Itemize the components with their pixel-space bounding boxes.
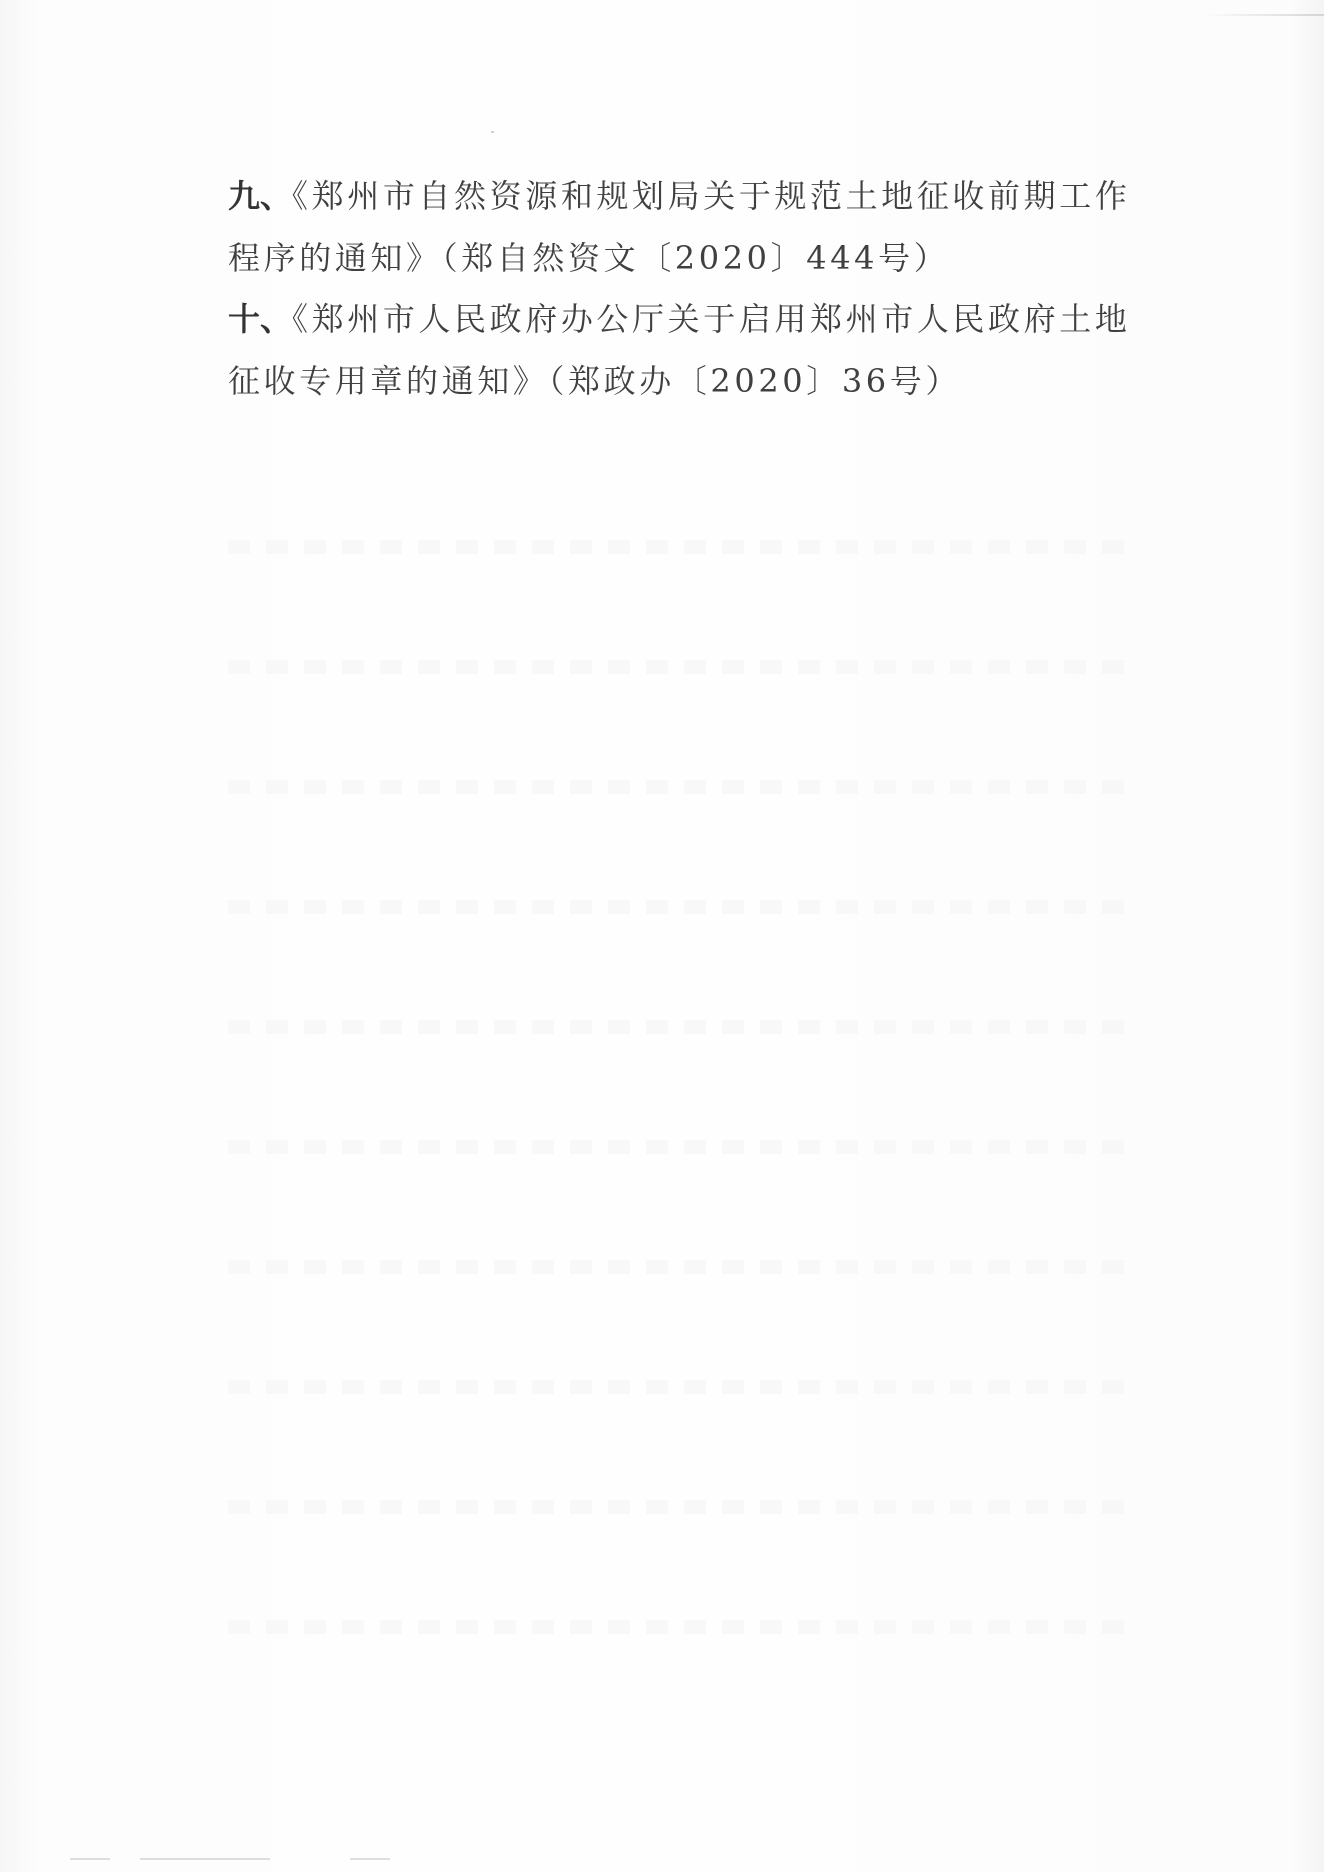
list-item-9-line-2: 程序的通知》（郑自然资文〔2020〕444号）: [228, 228, 1138, 290]
bleed-through: [228, 1020, 1138, 1034]
bleed-through: [228, 1260, 1138, 1274]
bleed-through: [228, 660, 1138, 674]
scan-mark: [350, 1858, 390, 1860]
scan-mark: [70, 1858, 110, 1860]
scan-mark: [210, 1858, 270, 1860]
bleed-through: [228, 1140, 1138, 1154]
scan-mark: [140, 1858, 210, 1860]
bleed-through: [228, 1620, 1138, 1634]
list-item-9-line-1: 九、《郑州市自然资源和规划局关于规范土地征收前期工作: [228, 166, 1138, 228]
bleed-through: [228, 540, 1138, 554]
scanned-page: 九、《郑州市自然资源和规划局关于规范土地征收前期工作 程序的通知》（郑自然资文〔…: [0, 0, 1324, 1872]
item-number: 十、: [228, 300, 292, 338]
item-text: 征收专用章的通知》（郑政办〔2020〕36号）: [228, 362, 961, 400]
item-text: 《郑州市人民政府办公厅关于启用郑州市人民政府土地: [292, 300, 1130, 338]
bleed-through: [228, 1380, 1138, 1394]
bleed-through: [228, 1500, 1138, 1514]
item-text: 《郑州市自然资源和规划局关于规范土地征收前期工作: [292, 177, 1130, 215]
document-body: 九、《郑州市自然资源和规划局关于规范土地征收前期工作 程序的通知》（郑自然资文〔…: [228, 166, 1138, 412]
list-item-10-line-1: 十、《郑州市人民政府办公厅关于启用郑州市人民政府土地: [228, 289, 1138, 351]
scan-edge: [1200, 14, 1324, 16]
bleed-through: [228, 780, 1138, 794]
item-text: 程序的通知》（郑自然资文〔2020〕444号）: [228, 239, 949, 277]
list-item-10-line-2: 征收专用章的通知》（郑政办〔2020〕36号）: [228, 351, 1138, 413]
item-number: 九、: [228, 177, 292, 215]
list-item-9: 九、《郑州市自然资源和规划局关于规范土地征收前期工作 程序的通知》（郑自然资文〔…: [228, 166, 1138, 289]
bleed-through: [228, 900, 1138, 914]
list-item-10: 十、《郑州市人民政府办公厅关于启用郑州市人民政府土地 征收专用章的通知》（郑政办…: [228, 289, 1138, 412]
scan-speck: [491, 131, 494, 133]
